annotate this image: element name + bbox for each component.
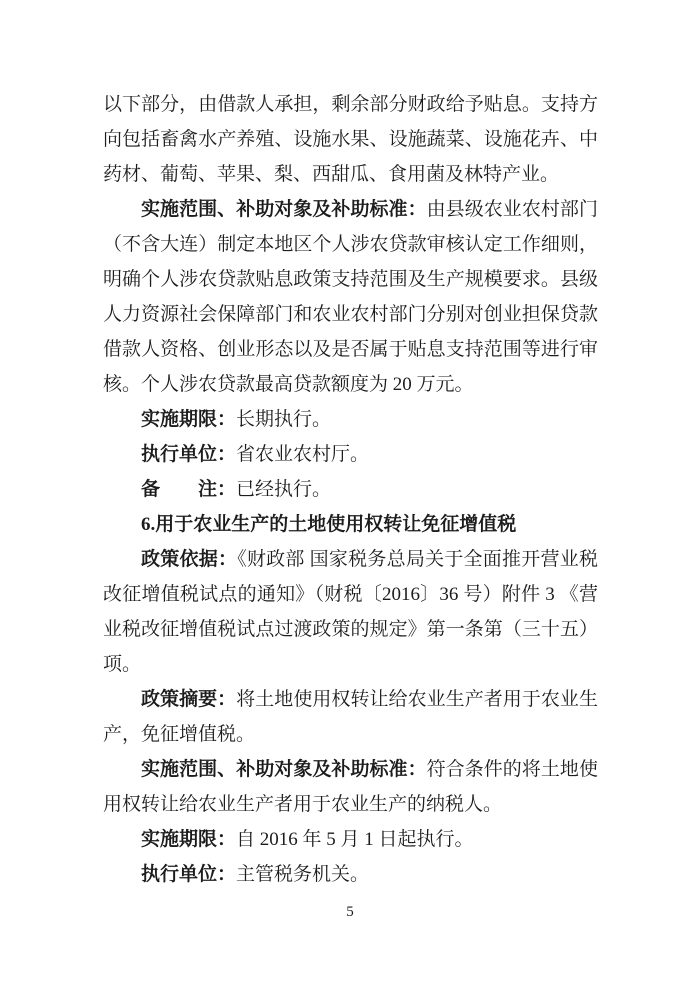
paragraph-loan-support-continuation: 以下部分，由借款人承担，剩余部分财政给予贴息。支持方向包括畜禽水产养殖、设施水果… — [103, 87, 598, 192]
page-number: 5 — [0, 900, 700, 924]
paragraph-s5-period: 实施期限：长期执行。 — [103, 402, 598, 437]
s5-unit-label: 执行单位： — [141, 444, 236, 465]
s5-unit-text: 省农业农村厅。 — [236, 444, 369, 465]
s6-period-text: 自 2016 年 5 月 1 日起执行。 — [236, 829, 474, 850]
s5-note-label: 备 注： — [141, 479, 236, 500]
paragraph-s5-scope: 实施范围、补助对象及补助标准：由县级农业农村部门（不含大连）制定本地区个人涉农贷… — [103, 192, 598, 402]
s5-period-label: 实施期限： — [141, 409, 236, 430]
paragraph-s6-basis: 政策依据：《财政部 国家税务总局关于全面推开营业税改征增值税试点的通知》（财税〔… — [103, 542, 598, 682]
s6-unit-label: 执行单位： — [141, 864, 236, 885]
s5-period-text: 长期执行。 — [236, 409, 331, 430]
s5-note-text: 已经执行。 — [236, 479, 331, 500]
paragraph-s6-scope: 实施范围、补助对象及补助标准：符合条件的将土地使用权转让给农业生产者用于农业生产… — [103, 752, 598, 822]
s6-basis-label: 政策依据： — [141, 549, 237, 570]
paragraph-s6-summary: 政策摘要：将土地使用权转让给农业生产者用于农业生产，免征增值税。 — [103, 682, 598, 752]
s6-summary-label: 政策摘要： — [141, 689, 236, 710]
paragraph-s6-unit: 执行单位：主管税务机关。 — [103, 857, 598, 892]
s5-scope-label: 实施范围、补助对象及补助标准： — [141, 199, 427, 220]
s6-unit-text: 主管税务机关。 — [236, 864, 369, 885]
s6-period-label: 实施期限： — [141, 829, 236, 850]
document-page: 以下部分，由借款人承担，剩余部分财政给予贴息。支持方向包括畜禽水产养殖、设施水果… — [0, 0, 700, 990]
section-6-heading: 6.用于农业生产的土地使用权转让免征增值税 — [103, 507, 598, 542]
paragraph-s5-note: 备 注：已经执行。 — [103, 472, 598, 507]
paragraph-s6-period: 实施期限：自 2016 年 5 月 1 日起执行。 — [103, 822, 598, 857]
s5-scope-text: 由县级农业农村部门（不含大连）制定本地区个人涉农贷款审核认定工作细则，明确个人涉… — [103, 199, 598, 395]
paragraph-s5-unit: 执行单位：省农业农村厅。 — [103, 437, 598, 472]
s6-scope-label: 实施范围、补助对象及补助标准： — [141, 759, 427, 780]
